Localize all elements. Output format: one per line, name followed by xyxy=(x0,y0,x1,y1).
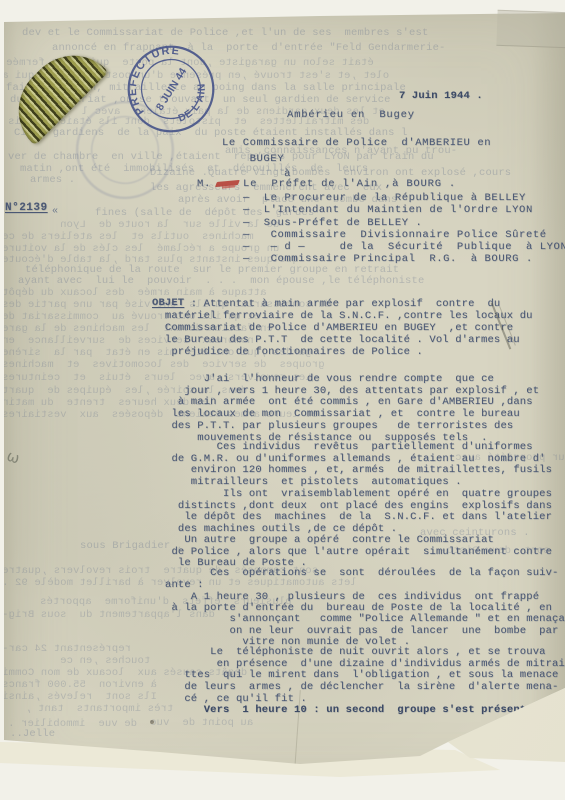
stamp-date-text: 8 JUIN 44 xyxy=(154,66,189,113)
objet-block: : Attentat à main armée par explosif con… xyxy=(152,298,533,358)
letter-sheet: dev et le Commissariat de Police ,et l'u… xyxy=(0,0,565,800)
reference-number: N°2139 xyxy=(5,203,48,215)
ghost-fragment: machines outils et les ateliers de ce xyxy=(2,231,254,243)
paragraph-2: Ces individus revêtus partiellement d'un… xyxy=(165,442,552,489)
sender-block: Le Commissaire de Police d'AMBERIEU en B… xyxy=(222,136,491,183)
recipients-list: — Le Procureur de la République à BELLEY… xyxy=(243,192,565,266)
ghost-fragment: ..Jelle xyxy=(10,728,55,740)
letter-date: 7 Juin 1944 . xyxy=(399,91,483,103)
paragraph-6: A 1 heure 30 , plusieurs de ces individu… xyxy=(165,592,565,648)
ghost-fragment: très importants tant , xyxy=(25,703,173,715)
reference-tick-mark: « xyxy=(52,206,58,217)
ghost-fragment: Ils sont relevés ,ainsi xyxy=(2,691,157,703)
ghost-fragment: ayant avec lui le pouvoir . . . mon épou… xyxy=(18,275,424,287)
ghost-fragment: dev et le Commissariat de Police ,et l'u… xyxy=(22,27,428,39)
tape-top-right xyxy=(496,10,565,48)
paragraph-5: Ces opérations se sont déroulées de la f… xyxy=(165,568,559,591)
ghost-fragment: représentant 24 car- xyxy=(2,643,131,655)
ghost-fragment: groupes de service des locomotives et ma… xyxy=(2,359,325,371)
ghost-fragment: au point de vue xyxy=(150,717,253,729)
letter-place: Ambérieu en Bugey xyxy=(287,110,415,122)
scanned-police-report: dev et le Commissariat de Police ,et l'u… xyxy=(0,0,565,800)
ghost-fragment: annoncé en frappant à la porte d'entrée … xyxy=(52,42,446,54)
pencil-squiggle: ω xyxy=(5,446,23,467)
paragraph-8: Vers 1 heure 10 : un second groupe s'est… xyxy=(165,705,533,717)
paragraph-7: Le téléphoniste de nuit ouvrit alors , e… xyxy=(165,647,565,706)
paragraph-1: J'ai l'honneur de vous rendre compte que… xyxy=(165,374,539,444)
ghost-fragment: touches ,en ce xyxy=(60,655,150,667)
ink-dot-stain xyxy=(150,720,154,724)
recipient-prefix: M. xyxy=(197,179,211,191)
paragraph-4: Un autre groupe a opéré contre le Commis… xyxy=(165,535,552,570)
ghost-fragment: armes . xyxy=(30,174,75,186)
ghost-fragment: à environ 55.000 francs xyxy=(2,679,157,691)
recipient-first: Le Préfet de l'Ain ,à BOURG . xyxy=(243,179,456,191)
paragraph-3: Ils ont vraisemblablement opéré en quatr… xyxy=(165,489,552,536)
